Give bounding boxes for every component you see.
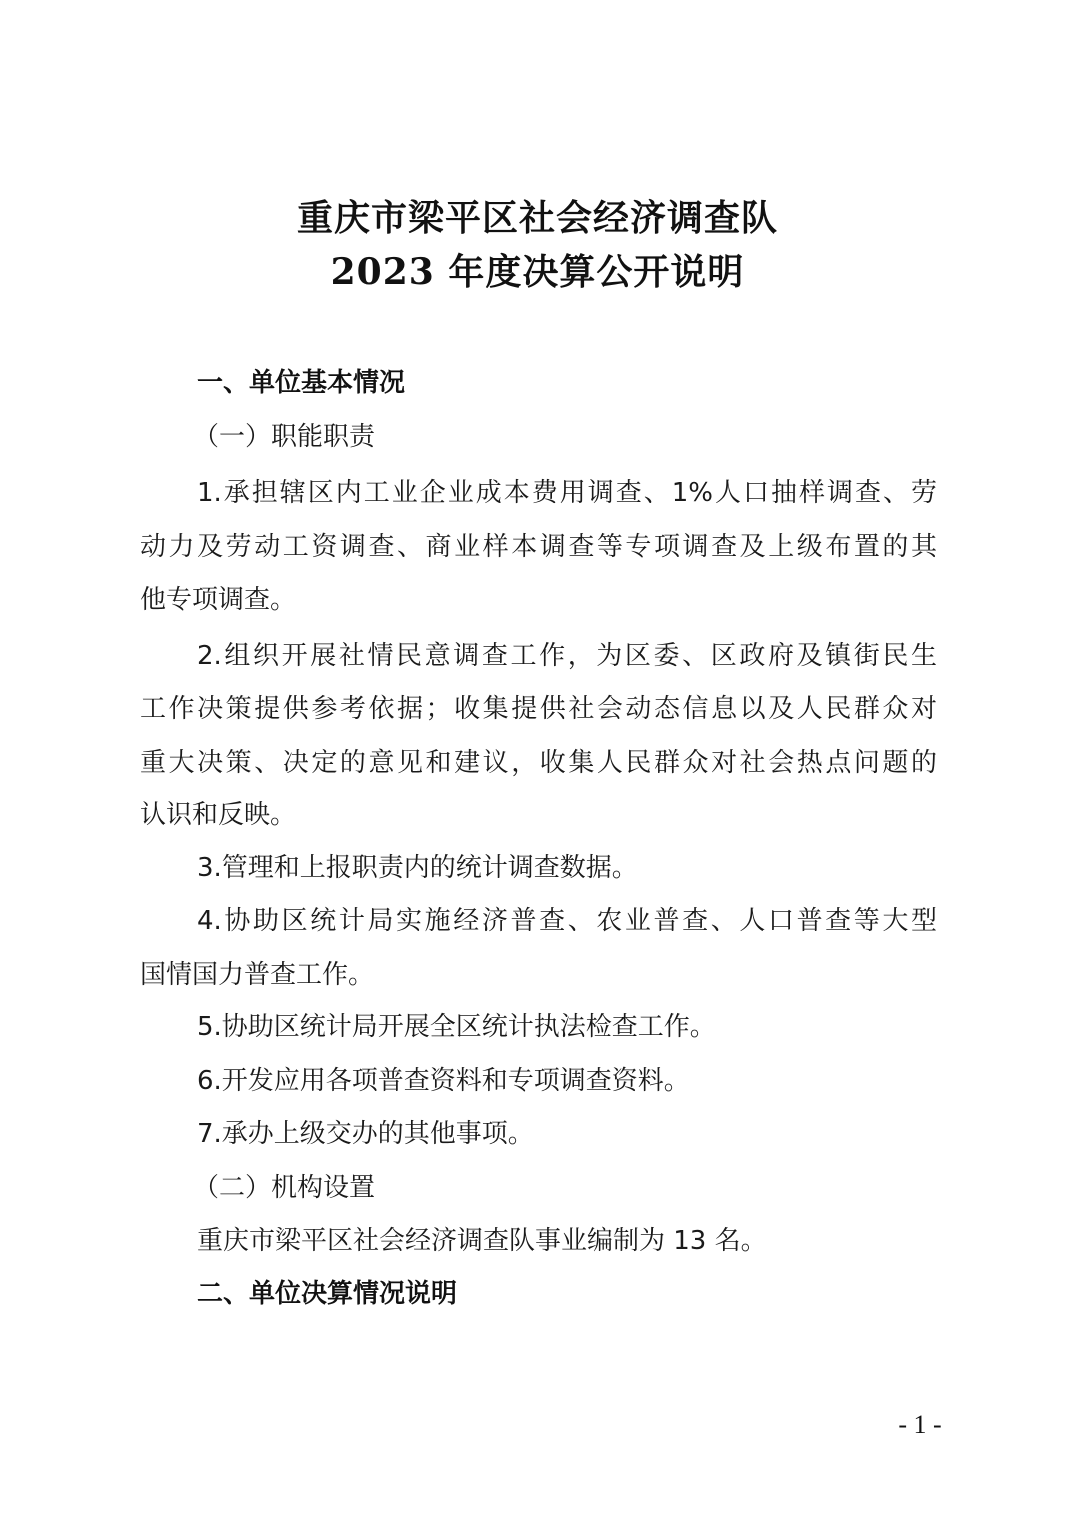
duty-item-5-line1: 5.协助区统计局开展全区统计执法检查工作。 xyxy=(197,1009,997,1045)
duty-item-4-line2: 国情国力普查工作。 xyxy=(140,957,940,993)
duty-item-1-line3: 他专项调查。 xyxy=(140,582,940,618)
subsection2-heading: （二）机构设置 xyxy=(193,1170,993,1206)
document-title-line2: 2023 年度决算公开说明 xyxy=(0,250,1075,294)
duty-item-4-line1: 4.协助区统计局实施经济普查、农业普查、人口普查等大型 xyxy=(197,903,937,939)
section2-heading: 二、单位决算情况说明 xyxy=(197,1276,997,1312)
duty-item-3-line1: 3.管理和上报职责内的统计调查数据。 xyxy=(197,850,997,886)
duty-item-2-line4: 认识和反映。 xyxy=(140,797,940,833)
duty-item-2-line3: 重大决策、决定的意见和建议，收集人民群众对社会热点问题的 xyxy=(140,745,937,781)
subsection1-heading: （一）职能职责 xyxy=(193,419,993,455)
duty-item-2-line2: 工作决策提供参考依据；收集提供社会动态信息以及人民群众对 xyxy=(140,691,937,727)
staffing-text: 重庆市梁平区社会经济调查队事业编制为 13 名。 xyxy=(197,1223,997,1259)
duty-item-2-line1: 2.组织开展社情民意调查工作，为区委、区政府及镇街民生 xyxy=(197,638,937,674)
duty-item-1-line2: 动力及劳动工资调查、商业样本调查等专项调查及上级布置的其 xyxy=(140,529,937,565)
duty-item-7-line1: 7.承办上级交办的其他事项。 xyxy=(197,1116,997,1152)
duty-item-1-line1: 1.承担辖区内工业企业成本费用调查、1%人口抽样调查、劳 xyxy=(197,475,937,511)
page-number: - 1 - xyxy=(890,1410,950,1440)
document-title-line1: 重庆市梁平区社会经济调查队 xyxy=(0,196,1075,240)
section1-heading: 一、单位基本情况 xyxy=(197,365,997,401)
document-page: 重庆市梁平区社会经济调查队 2023 年度决算公开说明 一、单位基本情况 （一）… xyxy=(0,0,1075,1520)
duty-item-6-line1: 6.开发应用各项普查资料和专项调查资料。 xyxy=(197,1063,997,1099)
